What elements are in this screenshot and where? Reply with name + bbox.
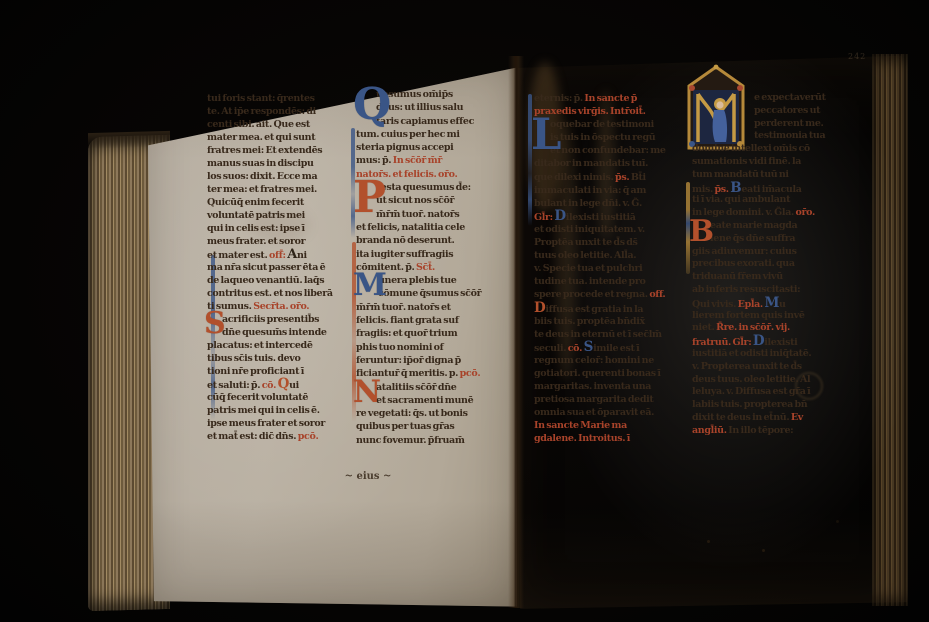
text-line: spere procede et regna. off. — [534, 288, 688, 301]
text-line: fragiis: et quor̄ trium — [356, 327, 512, 340]
text-line: et mat̄ est: dic̄ dn̄s. pcō. — [207, 430, 339, 443]
text-line: ita iugiter suffragiis — [356, 248, 512, 261]
text-line: mater mea. et qui sunt — [207, 131, 339, 144]
right-page-column-2: e expectaverūtpeccatores utperderent me.… — [692, 92, 860, 438]
text-line: contritus est. et nos liberā — [207, 287, 339, 300]
text-line: feruntur: ip̄or̄ digna p̄ — [356, 354, 512, 367]
text-line: los suos: dixit. Ecce ma — [207, 170, 339, 183]
text-line: In sancte Marie ma — [534, 419, 688, 432]
text-line: sumationis vidi finē. la — [692, 156, 860, 169]
text-line: ter mea: et fratres mei. — [207, 183, 339, 196]
text-line: centi sibi. ait. Que est — [207, 118, 339, 131]
text-line: Qui vivis. Epl̄a. Mu — [692, 297, 860, 310]
text-line: felicis. fiant grata suf — [356, 314, 512, 327]
text-line: te deus in eternū et ī sec̄lm̄ — [534, 328, 688, 341]
text-line: fratres mei: Et extendēs — [207, 144, 339, 157]
text-line: ti sumus. Secr̄ta. or̄o. — [207, 300, 339, 313]
text-line: v. Propterea unxit te d̄s — [692, 361, 860, 374]
illuminated-initial-B: B — [689, 217, 714, 244]
text-line: triduanū fr̄em vivū — [692, 271, 860, 284]
text-line: testimonia tua — [692, 130, 860, 143]
text-line: et odisti iniquitatem. v. — [534, 223, 688, 236]
text-line: patris mei qui in celis ē. — [207, 404, 339, 417]
text-line: eternis: p̄. In sancte p̄ — [534, 92, 688, 105]
illuminated-initial-L: L — [531, 115, 561, 155]
text-line: tuus oleo letitie. All̄a. — [534, 249, 688, 262]
text-line: leluya. v. Diffusa est gr̄a ī — [692, 386, 860, 399]
text-line: biis tuis. proptēa bn̄dix̄ — [534, 315, 688, 328]
illuminated-initial-M: M — [353, 271, 387, 299]
text-line: in lege domini. v. G̃la. or̄o. — [692, 207, 860, 220]
text-line: tibus sc̄is tuis. devo — [207, 352, 339, 365]
text-line: fratruū. Gl̄r: Dilexisti — [692, 335, 860, 348]
text-line: angl̄iū. In illo tēpore: — [692, 425, 860, 438]
text-line: et saluti: p̄. cō. Qui — [207, 378, 339, 391]
left-page-column-1: tui foris stant: q̄renteste. At ip̄e res… — [207, 92, 339, 443]
text-line: acrificiis presentib̄s — [207, 313, 339, 326]
text-line: pretiosa margarita dedit — [534, 393, 688, 406]
text-line: v. Specie tua et pulchri — [534, 262, 688, 275]
text-line: seculi. cō. Simile est ī — [534, 341, 688, 354]
text-line: omnia sua et ōparavit eā. — [534, 406, 688, 419]
text-line: lierem fortem quis invē — [692, 310, 860, 323]
text-line: immaculati in via: q̄ am — [534, 184, 688, 197]
left-page-column-2: uesumus om̄ip̄sdeus: ut illius salutaris… — [356, 88, 512, 447]
text-line: ipse meus frater et soror — [207, 417, 339, 430]
text-line: tum mandatū tuū ni — [692, 169, 860, 182]
text-line: quibus per tuas gr̄as — [356, 420, 512, 433]
text-line: voluntatē patris mei — [207, 209, 339, 222]
text-line: phis tuo nomini of — [356, 341, 512, 354]
text-line: tioni nr̄e proficiant ī — [207, 365, 339, 378]
ink-speck — [836, 520, 839, 523]
text-line: tudine tua. intende pro — [534, 275, 688, 288]
text-line: manus suas in discipu — [207, 157, 339, 170]
text-line: que dilexi nimis. p̄s. Bt̄i — [534, 171, 688, 184]
text-line: nunc fovemur. p̄fruam̄ — [356, 434, 512, 447]
text-line: qui in celis est: ipse ī — [207, 222, 339, 235]
text-line: niet. R̄re. in sc̄ōr̄. vij. — [692, 322, 860, 335]
text-line: steria pignus accepi — [356, 141, 512, 154]
text-line: et mater est. off̄: Ani — [207, 248, 339, 261]
text-line: cūq̄ fecerit voluntatē — [207, 391, 339, 404]
text-line: gotiatori. querenti bonas ī — [534, 367, 688, 380]
text-line: dixit te deus in et̄nū. Ev — [692, 412, 860, 425]
illuminated-initial-P: P — [353, 178, 386, 218]
text-line: mis. p̄s. Beati im̄acula — [692, 182, 860, 195]
text-line: ti ī via. qui ambulant — [692, 194, 860, 207]
illuminated-initial-Q: Q — [353, 85, 391, 125]
text-line: Proptēa unxit te d̄s ds̄ — [534, 236, 688, 249]
folio-number: 242 — [848, 52, 866, 61]
text-line: iustitiā et odisti iniq̄tatē. — [692, 348, 860, 361]
illuminated-initial-N: N — [353, 378, 381, 406]
text-line: Gl̄r: Dilexisti iustitiā — [534, 210, 688, 223]
text-line: deus tuus. oleo letitie. Al — [692, 374, 860, 387]
right-page-column-1: eternis: p̄. In sancte p̄praxedis virḡis… — [534, 92, 688, 446]
text-line: eate marie magda — [692, 220, 860, 233]
ink-speck — [762, 549, 765, 552]
text-line: te. At ip̄e respondēs: di — [207, 105, 339, 118]
text-line: labiis tuis. propterea bn̄ — [692, 399, 860, 412]
text-line: ma nr̄a sicut passer ēta ē — [207, 261, 339, 274]
text-line: precibus exorati. qua — [692, 258, 860, 271]
text-line: regnum celor̄: homini ne — [534, 354, 688, 367]
text-line: Diffusa est gratia in la — [534, 302, 688, 315]
text-line: Quicūq̄ enim fecerit — [207, 196, 339, 209]
text-line: branda nō deserunt. — [356, 234, 512, 247]
text-line: tui foris stant: q̄rentes — [207, 92, 339, 105]
text-line: gdalene. Introitus. ī — [534, 432, 688, 445]
text-line: perderent me. — [692, 118, 860, 131]
text-line: margaritas. inventa una — [534, 380, 688, 393]
text-line: mus: p̄. In sc̄ōr̄ m̄r̄ — [356, 154, 512, 167]
catchword: ~ eius ~ — [316, 471, 420, 482]
text-line: lene q̄s dn̄e suffra — [692, 233, 860, 246]
text-line: de laqueo venantiū. laq̄s — [207, 274, 339, 287]
manuscript-photo: tui foris stant: q̄renteste. At ip̄e res… — [0, 0, 929, 622]
text-line: meus frater. et soror — [207, 235, 339, 248]
text-line: dn̄e quesum̄s intende — [207, 326, 339, 339]
text-line: e expectaverūt — [692, 92, 860, 105]
illuminated-initial-S: S — [204, 310, 225, 338]
text-line: peccatores ut — [692, 105, 860, 118]
text-line: giis adiuvemur: cuius — [692, 246, 860, 259]
text-line: placatus: et intercedē — [207, 339, 339, 352]
ink-speck — [707, 540, 710, 543]
text-line: domine intellexi om̄is cō — [692, 143, 860, 156]
